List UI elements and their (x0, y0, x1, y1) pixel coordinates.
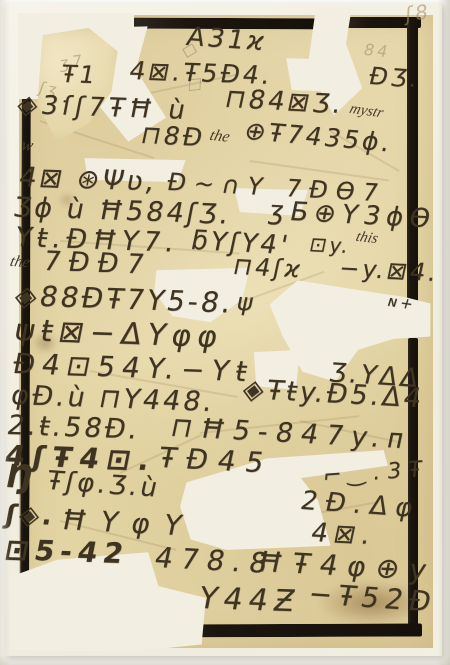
cipher-line: ⊓8Ð (139, 122, 208, 150)
script-word: mystr (348, 102, 385, 121)
cipher-line: Ŧʃφ.Ʒ.ù (44, 468, 163, 502)
cipher-line: ɴ+ (386, 294, 418, 312)
pencil-mark: 84 (362, 42, 392, 60)
cipher-line: 4⊠. (309, 520, 379, 549)
cipher-line: 2Ð.Δφ (298, 488, 424, 522)
cipher-line: ⊡5-42 (3, 536, 132, 568)
cipher-line: ÐƷ. (367, 64, 424, 91)
cipher-text-layer: ◇A31ϰʃ8ʒ7ʃʒ◻84Ŧ14⊠.Ŧ5Ð4.ÐƷ.◈3ſʃ7ŦĦ ù⊓84⊠… (0, 0, 450, 665)
scan-edge (0, 0, 10, 665)
cipher-line: ◈Ŧŧy.Ð5.Δ4 (240, 376, 426, 412)
scan-edge (438, 0, 450, 665)
cipher-line: 7ÐÐ7 (41, 248, 154, 279)
pencil-mark: ʃ8 (405, 1, 431, 24)
cipher-line: ⊡y. (308, 234, 353, 256)
cipher-line: 4⊠.Ŧ5Ð4. (127, 58, 275, 88)
cipher-line: Y44Ƶ (196, 584, 303, 617)
scan-edge (0, 655, 450, 665)
cipher-line: 4⊠ ⊛Ψʋ, (17, 164, 160, 196)
script-word: w (20, 136, 36, 154)
cipher-line: ʃ◈. (3, 502, 58, 530)
cipher-line: A31ϰ (184, 24, 270, 55)
cipher-line: ʒƂ⊕Y3ɸƟ (267, 198, 439, 232)
cipher-line: ⊓84⊠Ʒ. (223, 86, 347, 118)
cipher-line: Ŧ1 (59, 62, 100, 87)
cipher-line: ψ (235, 290, 259, 315)
cipher-line: −Ŧ52Ð (306, 580, 440, 617)
cipher-line: ŦÐ45 (156, 444, 276, 478)
cipher-line: ◈3ſʃ7ŦĦ ù (15, 92, 191, 124)
cipher-line: ◈88ÐŦ7Y5-8. (13, 282, 237, 317)
cipher-line: ⌐‿.3Ŧ (322, 459, 429, 489)
manuscript-photo: ◇A31ϰʃ8ʒ7ʃʒ◻84Ŧ14⊠.Ŧ5Ð4.ÐƷ.◈3ſʃ7ŦĦ ù⊓84⊠… (0, 0, 450, 665)
script-word: this (354, 230, 379, 247)
cipher-line: −y.⊠4. (337, 256, 441, 285)
cipher-line: ⊓4ʃϰ (231, 254, 306, 281)
script-word: the (208, 128, 232, 146)
cipher-line: ⊕Ŧ7435ɸ. (242, 118, 396, 155)
script-word: the (8, 254, 31, 271)
